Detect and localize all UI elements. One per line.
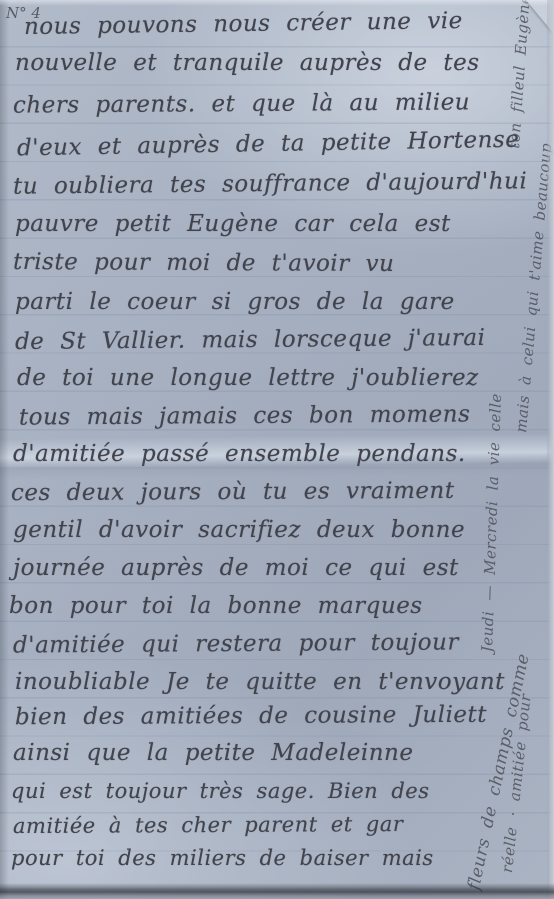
letter-line: tu oubliera tes souffrance d'aujourd'hui bbox=[13, 170, 527, 198]
letter-line: inoubliable Je te quitte en t'envoyant bbox=[15, 671, 505, 694]
letter-line: tous mais jamais ces bon momens bbox=[19, 403, 470, 429]
letter-line: gentil d'avoir sacrifiez deux bonne bbox=[13, 519, 465, 542]
letter-line: pour toi des miliers de baiser mais bbox=[11, 848, 434, 869]
letter-line: nous pouvons nous créer une vie bbox=[24, 10, 463, 39]
bottom-scan-edge bbox=[0, 883, 554, 899]
letter-line: bon pour toi la bonne marques bbox=[9, 595, 423, 618]
top-scan-edge bbox=[0, 0, 554, 6]
right-scan-edge bbox=[547, 0, 554, 899]
letter-line: parti le coeur si gros de la gare bbox=[15, 291, 455, 314]
left-scan-edge bbox=[0, 0, 9, 899]
letter-line: qui est toujour très sage. Bien des bbox=[11, 781, 429, 802]
letter-line: nouvelle et tranquile auprès de tes bbox=[15, 52, 480, 75]
letter-line: ces deux jours où tu es vraiment bbox=[11, 480, 455, 505]
letter-line: journée auprès de moi ce qui est bbox=[13, 557, 459, 580]
letter-line: pauvre petit Eugène car cela est bbox=[15, 213, 451, 236]
margin-note: Jeudi — Mercredi la vie celle bbox=[480, 393, 504, 653]
letter-line: d'amitiée qui restera pour toujour bbox=[13, 631, 459, 657]
letter-line: ainsi que la petite Madeleinne bbox=[13, 742, 413, 765]
letter-line: d'amitiée passé ensemble pendans. bbox=[13, 443, 466, 466]
letter-line: chers parents. et que là au milieu bbox=[13, 91, 470, 117]
letter-line: de toi une longue lettre j'oublierez bbox=[17, 367, 479, 390]
letter-line: amitiée à tes cher parent et gar bbox=[13, 814, 403, 837]
letter-line: de St Vallier. mais lorsceque j'aurai bbox=[15, 327, 486, 354]
letter-line: triste pour moi de t'avoir vu bbox=[13, 251, 394, 276]
letter-line: bien des amitiées de cousine Juliett bbox=[15, 704, 487, 729]
letter-line: d'eux et auprès de ta petite Hortense bbox=[17, 129, 520, 161]
letter-page: N° 4 nous pouvons nous créer une vie nou… bbox=[0, 0, 554, 899]
